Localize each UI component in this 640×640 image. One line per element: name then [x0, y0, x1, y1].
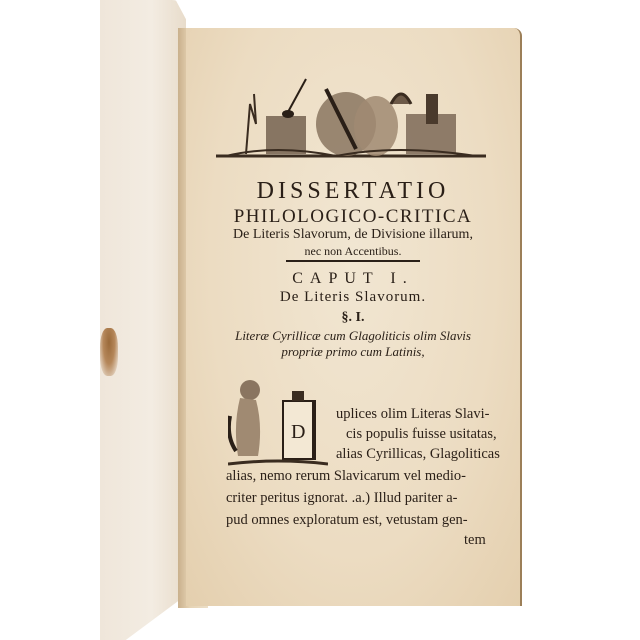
- woodcut-vignette: [216, 64, 486, 164]
- body-line: alias Cyrillicas, Glagoliticas: [336, 446, 500, 463]
- cherub-initial-illustration: D: [228, 376, 328, 471]
- title-line-3: De Literis Slavorum, de Divisione illaru…: [186, 227, 520, 243]
- section-mark: §. I.: [186, 310, 520, 326]
- title-line-4: nec non Accentibus.: [186, 244, 520, 259]
- title-line-2: PHILOLOGICO-CRITICA: [186, 206, 520, 228]
- title-rule: [286, 260, 420, 262]
- body-line: pud omnes exploratum est, vetustam gen-: [226, 512, 468, 529]
- body-line: uplices olim Literas Slavi-: [336, 406, 489, 423]
- section-summary-2: propriæ primo cum Latinis,: [186, 344, 520, 360]
- stain-mark: [100, 328, 118, 376]
- body-line: alias, nemo rerum Slavicarum vel medio-: [226, 468, 466, 485]
- section-summary-1: Literæ Cyrillicæ cum Glagoliticis olim S…: [186, 328, 520, 344]
- chapter-heading: CAPUT I.: [186, 270, 520, 288]
- title-line-1: DISSERTATIO: [186, 178, 520, 205]
- catchword: tem: [464, 532, 486, 549]
- body-line: criter peritus ignorat. .a.) Illud parit…: [226, 490, 458, 507]
- right-page: DISSERTATIO PHILOLOGICO-CRITICA De Liter…: [186, 28, 522, 606]
- drop-cap: D: [291, 421, 305, 443]
- left-page: [100, 0, 186, 640]
- body-line: cis populis fuisse usitatas,: [346, 426, 497, 443]
- chapter-subtitle: De Literis Slavorum.: [186, 289, 520, 306]
